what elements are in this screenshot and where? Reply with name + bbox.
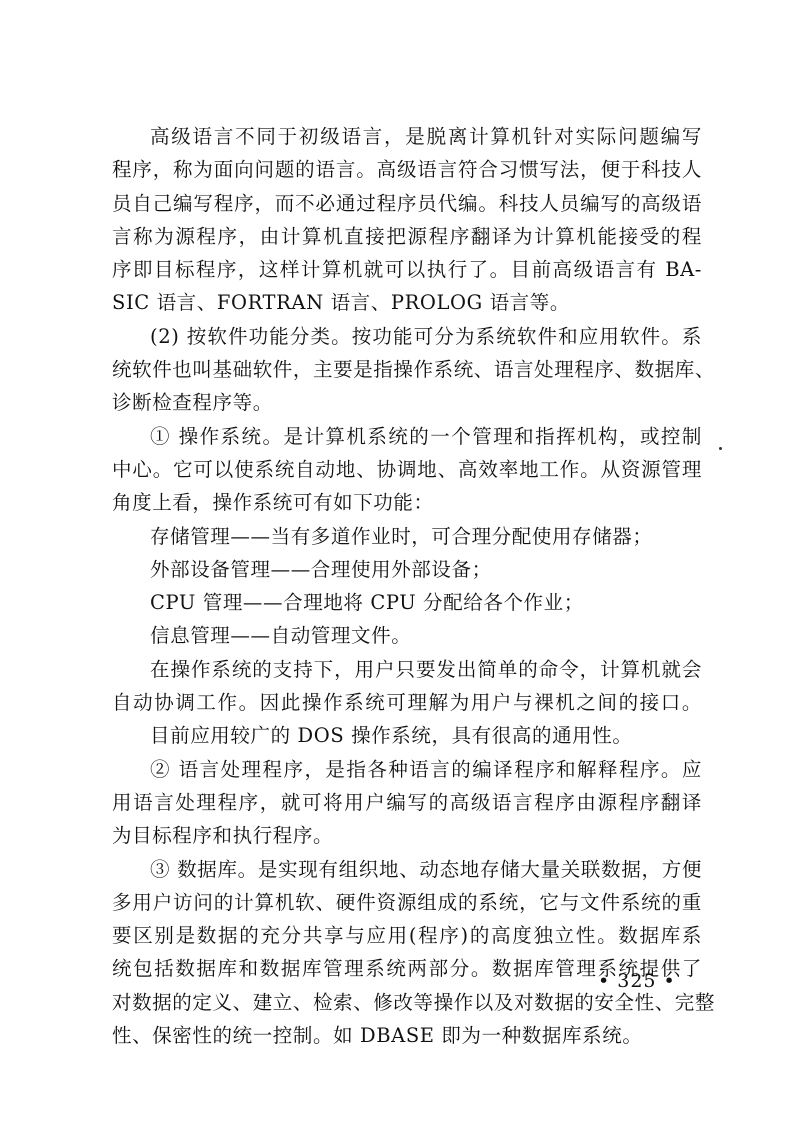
list-item: 存储管理——当有多道作业时，可合理分配使用存储器； — [112, 520, 702, 553]
text-line: 高级语言不同于初级语言，是脱离计算机针对实际问题编写 — [112, 120, 702, 153]
document-body: 高级语言不同于初级语言，是脱离计算机针对实际问题编写 程序，称为面向问题的语言。… — [112, 120, 702, 1052]
text-line: 中心。它可以使系统自动地、协调地、高效率地工作。从资源管理 — [112, 453, 702, 486]
text-line: 用语言处理程序，就可将用户编写的高级语言程序由源程序翻译 — [112, 786, 702, 819]
text-line: 序即目标程序，这样计算机就可以执行了。目前高级语言有 BA- — [112, 253, 702, 286]
text-line: 言称为源程序，由计算机直接把源程序翻译为计算机能接受的程 — [112, 220, 702, 253]
text-line: 目前应用较广的 DOS 操作系统，具有很高的通用性。 — [112, 719, 702, 752]
text-line: 多用户访问的计算机软、硬件资源组成的系统，它与文件系统的重 — [112, 886, 702, 919]
text-line: ① 操作系统。是计算机系统的一个管理和指挥机构，或控制 — [112, 420, 702, 453]
text-line: 性、保密性的统一控制。如 DBASE 即为一种数据库系统。 — [112, 1019, 702, 1052]
text-line: 角度上看，操作系统可有如下功能： — [112, 486, 702, 519]
list-item: 外部设备管理——合理使用外部设备； — [112, 553, 702, 586]
text-line: ③ 数据库。是实现有组织地、动态地存储大量关联数据，方便 — [112, 853, 702, 886]
text-line: 为目标程序和执行程序。 — [112, 819, 702, 852]
text-line: (2) 按软件功能分类。按功能可分为系统软件和应用软件。系 — [112, 320, 702, 353]
list-item: CPU 管理——合理地将 CPU 分配给各个作业； — [112, 586, 702, 619]
list-item: 信息管理——自动管理文件。 — [112, 619, 702, 652]
text-line: SIC 语言、FORTRAN 语言、PROLOG 语言等。 — [112, 286, 702, 319]
text-line: 程序，称为面向问题的语言。高级语言符合习惯写法，便于科技人 — [112, 153, 702, 186]
text-line: 要区别是数据的充分共享与应用(程序)的高度独立性。数据库系 — [112, 919, 702, 952]
text-line: ② 语言处理程序，是指各种语言的编译程序和解释程序。应 — [112, 753, 702, 786]
text-line: 在操作系统的支持下，用户只要发出简单的命令，计算机就会 — [112, 653, 702, 686]
text-line: 统软件也叫基础软件，主要是指操作系统、语言处理程序、数据库、 — [112, 353, 702, 386]
scan-artifact-dot — [719, 447, 722, 450]
text-line: 员自己编写程序，而不必通过程序员代编。科技人员编写的高级语 — [112, 187, 702, 220]
page-number: • 325 • — [598, 970, 676, 992]
text-line: 自动协调工作。因此操作系统可理解为用户与裸机之间的接口。 — [112, 686, 702, 719]
text-line: 诊断检查程序等。 — [112, 386, 702, 419]
